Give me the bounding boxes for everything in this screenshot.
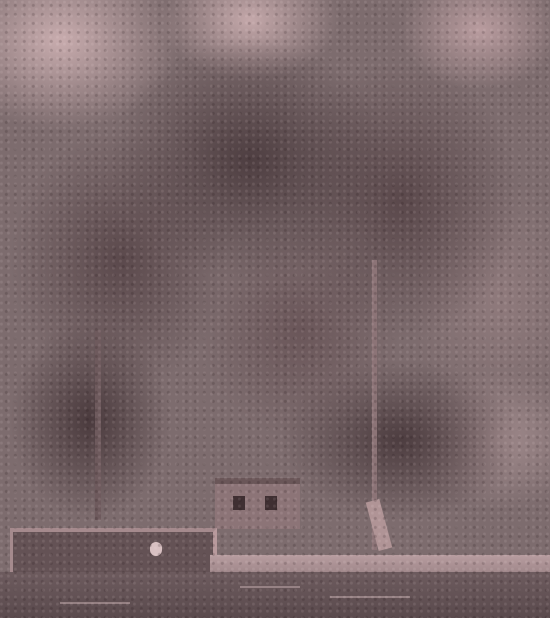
vintage-photograph: Sepia/pink-tinted vintage photograph of … [0,0,550,618]
film-grain [0,0,550,618]
